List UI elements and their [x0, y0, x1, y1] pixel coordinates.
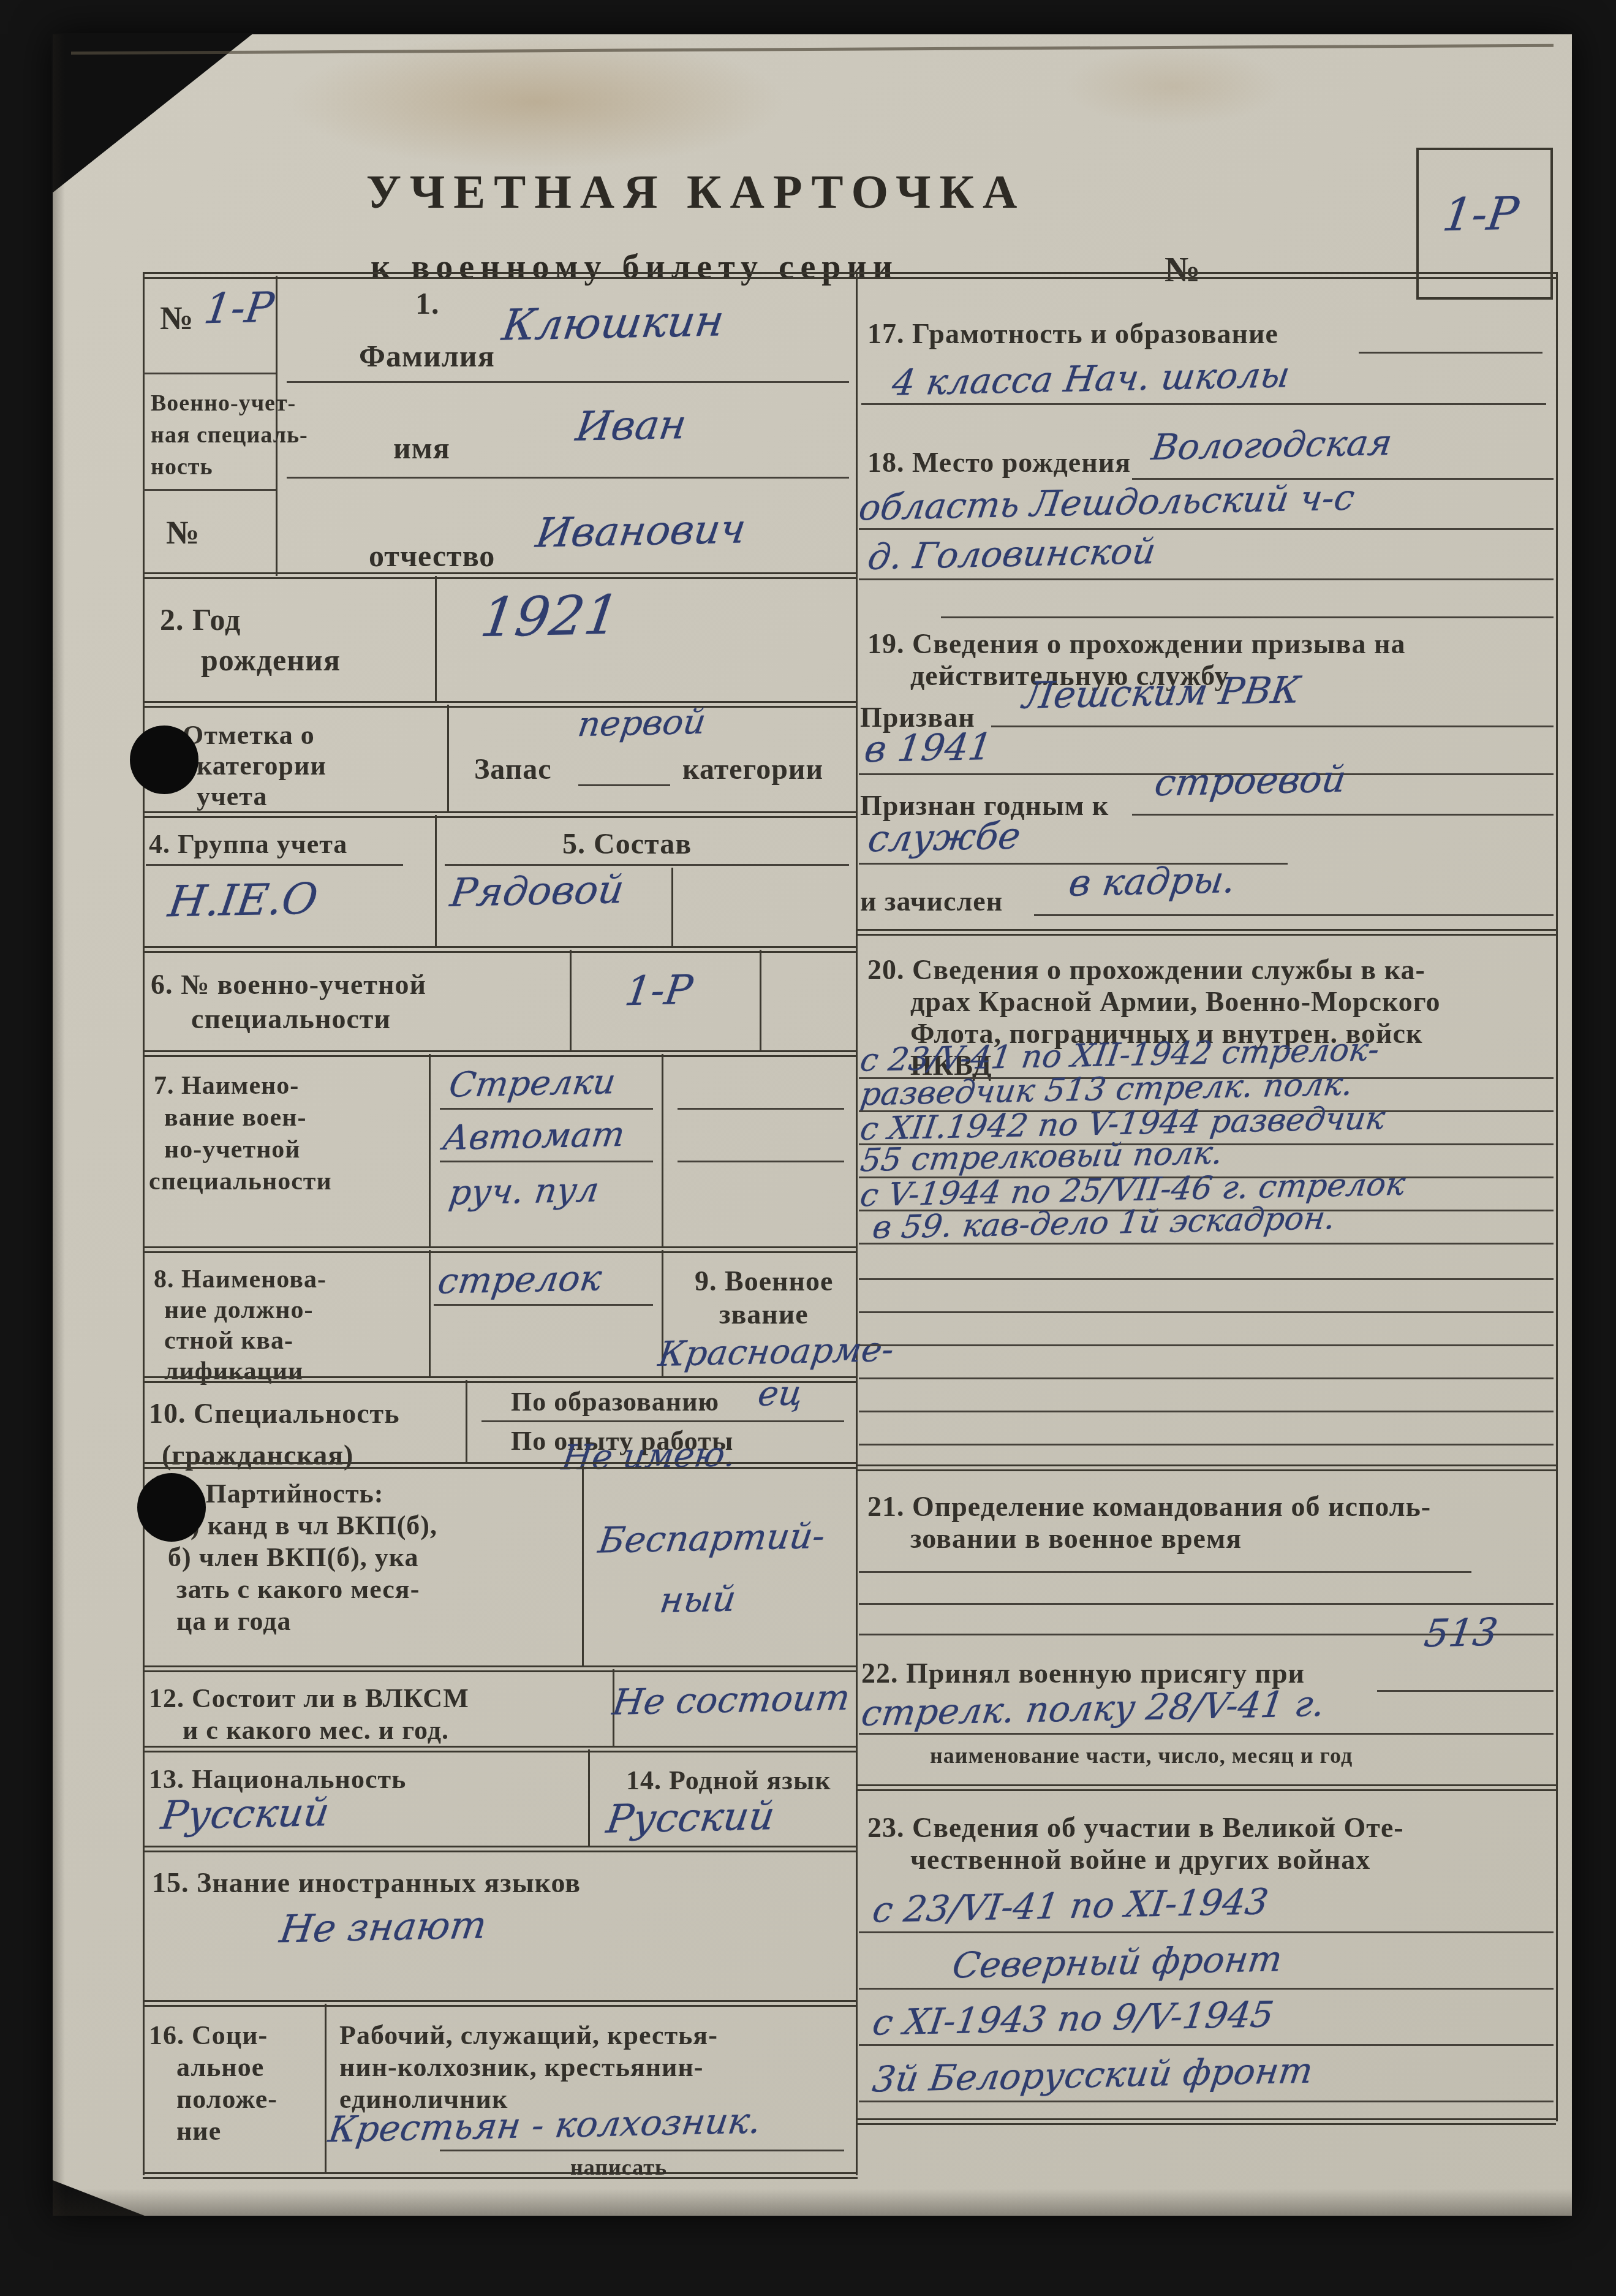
paper-stain-top — [285, 34, 788, 169]
hole-punch-2 — [137, 1473, 206, 1542]
row6-bottom — [143, 1050, 858, 1057]
right-column-bottom-border — [856, 2118, 1556, 2125]
field6-value: 1-Р — [622, 966, 696, 1015]
field20-rule6 — [859, 1243, 1554, 1245]
reg-no-value: 1-Р — [201, 284, 276, 333]
vus-label-line2: ная специаль- — [151, 422, 308, 449]
category-value: первой — [575, 702, 708, 744]
zachislen-label: и зачислен — [860, 885, 1003, 917]
field11-label-line5: ца и года — [176, 1605, 292, 1637]
corner-code-value: 1-Р — [1440, 188, 1522, 242]
by-education-rule — [481, 1420, 844, 1422]
field5-value: Рядовой — [447, 867, 627, 916]
field20-blank3 — [859, 1344, 1554, 1346]
field23-rule1 — [859, 1931, 1554, 1933]
row12-bottom — [143, 1746, 858, 1752]
patronymic-label: отчество — [369, 538, 495, 574]
row11-bottom — [143, 1665, 858, 1672]
field9-value-line1: Красноарме- — [656, 1330, 896, 1374]
row7-divider-right — [662, 1054, 663, 1248]
godnym-value2: службе — [866, 814, 1023, 860]
field8-value: стрелок — [436, 1257, 605, 1302]
field20-label-line1: 20. Сведения о прохождении службы в ка- — [867, 953, 1425, 986]
row3-divider — [447, 705, 449, 813]
field18-value-line1: Вологодская — [1149, 422, 1395, 468]
field21-blank1 — [859, 1571, 1471, 1573]
field12-label-line1: 12. Состоит ли в ВЛКСМ — [149, 1683, 469, 1714]
kategorii-label: категории — [682, 752, 823, 786]
godnym-rule1 — [1132, 814, 1554, 816]
reg-no2-label: № — [166, 513, 200, 551]
field7-value-line2: Автомат — [440, 1115, 627, 1158]
card-number-sign: № — [1165, 249, 1201, 290]
field7-rule2b — [678, 1161, 844, 1162]
table-top-border — [143, 272, 1556, 279]
field20-label-line2: драх Красной Армии, Военно-Морского — [910, 985, 1441, 1018]
row1314-bottom — [143, 1846, 858, 1852]
field23-rule4 — [859, 2101, 1554, 2102]
field16-label-line2: альное — [176, 2052, 264, 2083]
paper-left-shade — [53, 34, 65, 2216]
field22-value2: стрелк. полку 28/V-41 г. — [859, 1683, 1327, 1734]
row89-bottom — [143, 1376, 858, 1383]
field13-label: 13. Национальность — [149, 1764, 406, 1795]
field9-label-line1: 9. Военное — [695, 1265, 834, 1297]
field9-label-line2: звание — [719, 1298, 809, 1330]
row1-bottom — [143, 572, 858, 579]
field12-value: Не состоит — [610, 1677, 853, 1723]
field10-label-line1: 10. Специальность — [149, 1397, 400, 1430]
row1314-divider — [588, 1749, 590, 1846]
field15-label: 15. Знание иностранных языков — [152, 1866, 581, 1899]
field16-options-line2: нин-колхозник, крестьянин- — [339, 2052, 703, 2083]
field1-number: 1. — [415, 286, 440, 321]
row6-divider-left — [570, 950, 572, 1051]
godnym-value1: строевой — [1152, 758, 1349, 805]
row2-bottom — [143, 701, 858, 708]
left-column-bottom-border — [143, 2172, 858, 2179]
field2-label-line2: рождения — [201, 642, 341, 678]
prizvan-value1: Лешским РВК — [1020, 669, 1302, 717]
zapas-gap-line — [578, 784, 670, 786]
field18-label: 18. Место рождения — [867, 446, 1131, 479]
row45-inner-divider — [671, 868, 673, 947]
field20-blank1 — [859, 1278, 1554, 1280]
vus-label-line1: Военно-учет- — [151, 390, 296, 417]
name-label: имя — [393, 430, 450, 466]
field4-value: Н.IЕ.О — [165, 873, 321, 926]
by-education-label: По образованию — [511, 1386, 719, 1417]
field16-hint: написать — [570, 2154, 667, 2180]
field22-value1: 513 — [1422, 1610, 1501, 1656]
regbox-divider-2 — [143, 489, 276, 491]
field14-label: 14. Родной язык — [626, 1765, 831, 1796]
row7-bottom — [143, 1246, 858, 1253]
row11-divider — [582, 1466, 584, 1665]
field23-value-line3: с XI-1943 по 9/V-1945 — [870, 1993, 1276, 2044]
field21-label-line2: зовании в военное время — [910, 1522, 1242, 1555]
regbox-divider-1 — [143, 373, 276, 374]
field15-value: Не знают — [277, 1902, 489, 1951]
field16-options-line1: Рабочий, служащий, крестья- — [339, 2020, 718, 2051]
field18-rule3 — [859, 578, 1554, 580]
row2-divider — [435, 576, 437, 702]
field20-blank2 — [859, 1311, 1554, 1313]
row6-divider-right — [760, 950, 761, 1051]
field17-short-rule — [1359, 352, 1542, 354]
field20-bottom — [856, 1464, 1556, 1471]
name-value: Иван — [573, 401, 689, 450]
field11-label-line4: зать с какого меся- — [176, 1574, 420, 1605]
scanned-military-card: УЧЕТНАЯ КАРТОЧКА к военному билету серии… — [0, 0, 1616, 2296]
field23-value-line1: с 23/VI-41 по XI-1943 — [870, 1881, 1271, 1930]
field22-rule2 — [859, 1733, 1554, 1735]
field11-label-line2: а) канд в чл ВКП(б), — [176, 1510, 437, 1541]
field18-value-line3: д. Головинской — [866, 530, 1158, 578]
field8-underline — [434, 1304, 653, 1306]
row45-bottom — [143, 946, 858, 953]
field17-label: 17. Грамотность и образование — [867, 317, 1278, 350]
field13-value: Русский — [158, 1790, 332, 1839]
field7-rule2a — [440, 1161, 653, 1162]
field18-rule2 — [859, 528, 1554, 530]
column-divider — [856, 272, 858, 2175]
field22-caption: наименование части, число, месяц и год — [930, 1743, 1353, 1768]
row3-bottom — [143, 811, 858, 818]
field23-label-line2: чественной войне и других войнах — [910, 1843, 1370, 1876]
surname-label: Фамилия — [359, 338, 495, 374]
field8-label-line2: ние должно- — [164, 1295, 313, 1325]
field8-label-line3: стной ква- — [164, 1326, 293, 1355]
row10-divider — [466, 1380, 467, 1462]
field8-label-line1: 8. Наименова- — [154, 1265, 327, 1294]
patronymic-value: Иванович — [533, 505, 749, 556]
field14-value: Русский — [603, 1794, 777, 1843]
prizvan-rule1 — [991, 726, 1554, 727]
vus-label-line3: ность — [151, 453, 213, 480]
field7-value-line3: руч. пул — [447, 1170, 602, 1213]
field3-label-line3: учета — [197, 781, 268, 812]
prizvan-value2: в 1941 — [862, 726, 995, 771]
field2-label-line1: 2. Год — [160, 602, 241, 637]
field7-label-line3: но-учетной — [164, 1135, 301, 1164]
field18-blank-rule — [941, 616, 1554, 618]
zachislen-rule — [1034, 914, 1554, 916]
field11-value-line2: ный — [657, 1578, 739, 1621]
field7-rule1b — [678, 1108, 844, 1110]
paper-stain-top-right — [1063, 47, 1284, 126]
field7-label-line2: вание воен- — [164, 1103, 306, 1132]
field21-label-line1: 21. Определение командования об исполь- — [867, 1490, 1431, 1523]
field4-label-underline — [146, 864, 403, 866]
field16-underline — [440, 2150, 844, 2151]
field7-value-line1: Стрелки — [447, 1062, 618, 1105]
table-left-border — [143, 272, 145, 2175]
zapas-label: Запас — [474, 752, 552, 786]
surname-underline — [287, 381, 849, 383]
birth-year-value: 1921 — [477, 583, 624, 650]
field19-bottom — [856, 929, 1556, 936]
field7-rule1a — [440, 1108, 653, 1110]
field22-rule1 — [1377, 1690, 1554, 1692]
field5-label: 5. Состав — [562, 827, 692, 861]
field7-label-line1: 7. Наимено- — [154, 1071, 299, 1101]
hole-punch-1 — [130, 726, 198, 794]
zachislen-value: в кадры. — [1067, 858, 1238, 905]
table-right-border — [1556, 272, 1558, 2121]
field20-blank4 — [859, 1377, 1554, 1379]
field11-label-line3: б) член ВКП(б), ука — [168, 1542, 419, 1573]
field22-bottom — [856, 1784, 1556, 1791]
field4-label: 4. Группа учета — [149, 828, 347, 860]
field16-value: Крестьян - колхозник. — [326, 2100, 763, 2151]
row89-divider-left — [429, 1250, 431, 1376]
field16-label-line1: 16. Соци- — [149, 2020, 268, 2051]
reg-no-label: № — [160, 299, 194, 337]
field20-blank5 — [859, 1411, 1554, 1412]
field3-label-line2: категории — [197, 750, 327, 781]
field23-label-line1: 23. Сведения об участии в Великой Оте- — [867, 1811, 1404, 1844]
name-underline — [287, 477, 849, 479]
field6-label-line2: специальности — [191, 1002, 391, 1035]
row7-divider-left — [429, 1054, 431, 1248]
field23-rule2 — [859, 1988, 1554, 1990]
field11-value-line1: Беспартий- — [596, 1515, 828, 1561]
row15-bottom — [143, 2000, 858, 2007]
field6-label-line1: 6. № военно-учетной — [151, 968, 426, 1001]
row45-divider — [435, 815, 437, 947]
field19-label-line1: 19. Сведения о прохождении призыва на — [867, 627, 1405, 660]
field23-rule3 — [859, 2044, 1554, 2046]
field10-value: Не имею. — [559, 1434, 738, 1478]
field18-value-line2: область Лешдольский ч-с — [856, 477, 1357, 529]
field17-underline — [861, 403, 1546, 405]
field17-value: 4 класса Нач. школы — [889, 354, 1293, 404]
row10-bottom — [143, 1462, 858, 1469]
field16-label-line3: положе- — [176, 2083, 278, 2115]
field12-label-line2: и с какого мес. и год. — [183, 1714, 449, 1746]
field16-label-line4: ние — [176, 2115, 221, 2146]
torn-corner-top-left — [51, 33, 254, 194]
field7-label-line4: специальности — [149, 1167, 332, 1196]
field23-value-line4: 3й Белорусский фронт — [870, 2050, 1315, 2101]
card-subtitle: к военному билету серии — [243, 248, 1027, 287]
paper-bottom-shade — [53, 2189, 1572, 2216]
surname-value: Клюшкин — [499, 295, 727, 350]
card-paper: УЧЕТНАЯ КАРТОЧКА к военному билету серии… — [53, 34, 1572, 2216]
field21-blank2 — [859, 1603, 1554, 1605]
card-title: УЧЕТНАЯ КАРТОЧКА — [236, 164, 1155, 219]
scan-top-edge-line — [71, 44, 1554, 55]
field20-blank6 — [859, 1444, 1554, 1445]
field23-value-line2: Северный фронт — [950, 1938, 1285, 1986]
field5-label-underline — [445, 864, 849, 866]
